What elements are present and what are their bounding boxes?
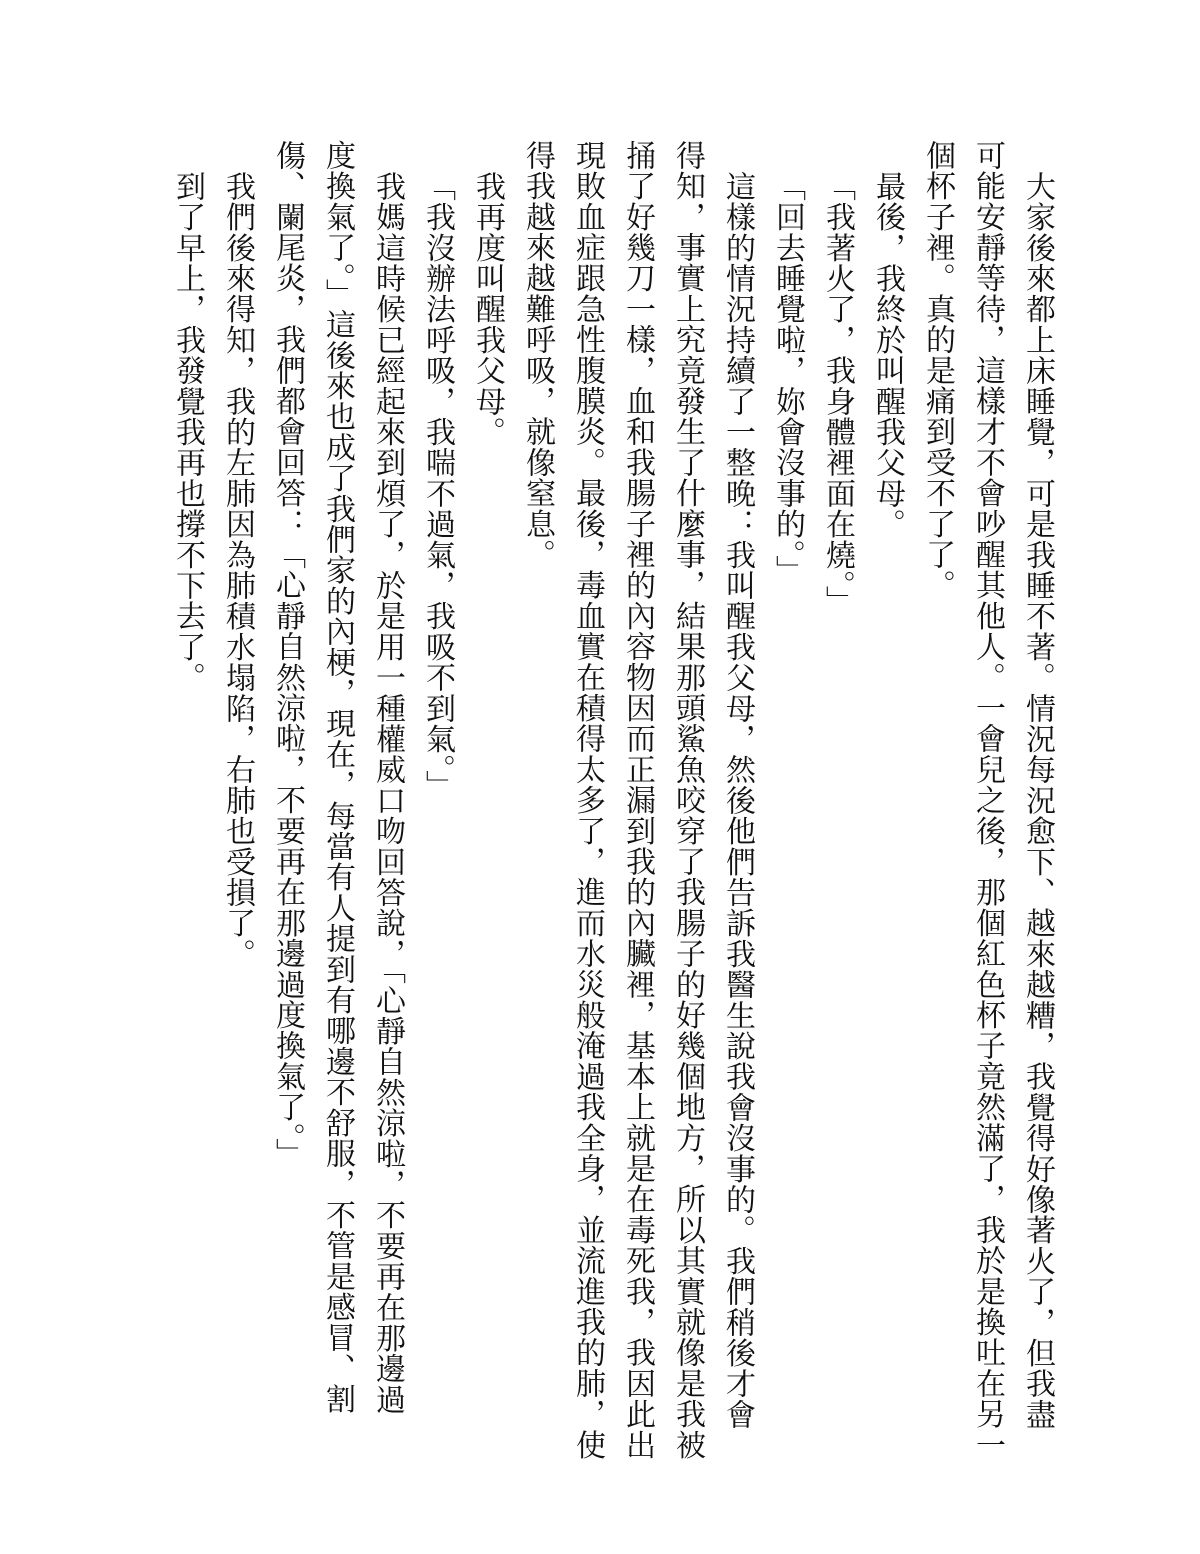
text-column: 「回去睡覺啦，妳會沒事的。」 <box>762 140 812 1476</box>
book-page: 大家後來都上床睡覺，可是我睡不著。情況每況愈下、越來越糟，我覺得好像著火了，但我… <box>0 0 1200 1554</box>
text-column: 傷、闌尾炎，我們都會回答：「心靜自然涼啦，不要再在那邊過度換氣了。」 <box>262 140 312 1476</box>
text-column: 個杯子裡。真的是痛到受不了了。 <box>912 140 962 1476</box>
text-column: 我再度叫醒我父母。 <box>462 140 512 1476</box>
text-column: 「我沒辦法呼吸，我喘不過氣，我吸不到氣。」 <box>412 140 462 1476</box>
text-column: 得我越來越難呼吸，就像窒息。 <box>512 140 562 1476</box>
text-column: 我媽這時候已經起來到煩了，於是用一種權威口吻回答說，「心靜自然涼啦，不要再在那邊… <box>362 140 412 1476</box>
text-column: 到了早上，我發覺我再也撐不下去了。 <box>162 140 212 1476</box>
text-column: 大家後來都上床睡覺，可是我睡不著。情況每況愈下、越來越糟，我覺得好像著火了，但我… <box>1012 140 1062 1476</box>
text-column: 度換氣了。」這後來也成了我們家的內梗，現在，每當有人提到有哪邊不舒服，不管是感冒… <box>312 140 362 1476</box>
text-column: 最後，我終於叫醒我父母。 <box>862 140 912 1476</box>
vertical-text-block: 大家後來都上床睡覺，可是我睡不著。情況每況愈下、越來越糟，我覺得好像著火了，但我… <box>162 140 1062 1476</box>
text-column: 這樣的情況持續了一整晚：我叫醒我父母，然後他們告訴我醫生說我會沒事的。我們稍後才… <box>712 140 762 1476</box>
text-column: 得知，事實上究竟發生了什麼事，結果那頭鯊魚咬穿了我腸子的好幾個地方，所以其實就像… <box>662 140 712 1476</box>
text-column: 可能安靜等待，這樣才不會吵醒其他人。一會兒之後，那個紅色杯子竟然滿了，我於是換吐… <box>962 140 1012 1476</box>
text-column: 現敗血症跟急性腹膜炎。最後，毒血實在積得太多了，進而水災般淹過我全身，並流進我的… <box>562 140 612 1476</box>
text-column: 我們後來得知，我的左肺因為肺積水塌陷，右肺也受損了。 <box>212 140 262 1476</box>
text-column: 「我著火了，我身體裡面在燒。」 <box>812 140 862 1476</box>
text-column: 捅了好幾刀一樣，血和我腸子裡的內容物因而正漏到我的內臟裡，基本上就是在毒死我，我… <box>612 140 662 1476</box>
